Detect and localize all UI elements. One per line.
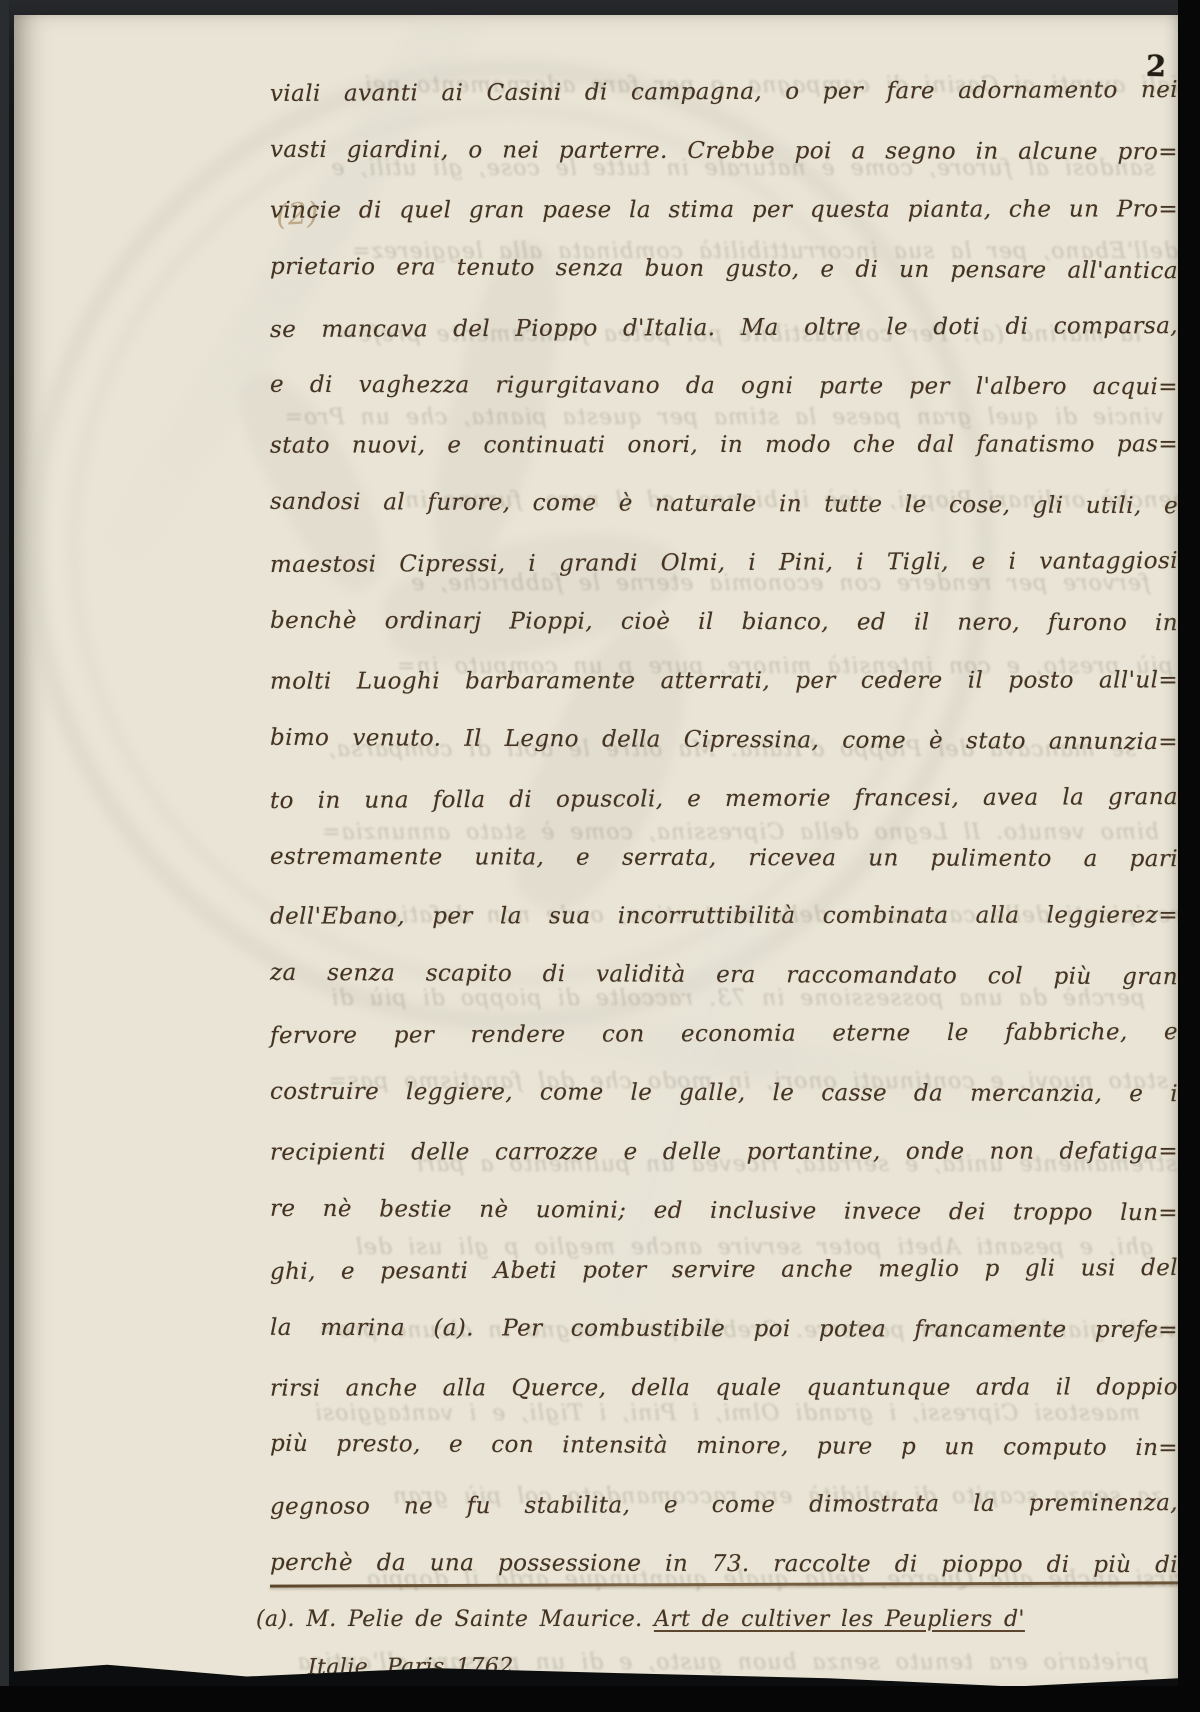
manuscript-line: sandosi al furore, come è naturale in tu…: [270, 473, 1178, 536]
manuscript-line: rirsi anche alla Querce, della quale qua…: [270, 1358, 1178, 1418]
manuscript-line: recipienti delle carrozze e delle portan…: [270, 1122, 1178, 1182]
manuscript-line: più presto, e con intensità minore, pure…: [270, 1415, 1178, 1478]
footnote-line-2: Italie. Paris 1762.: [256, 1641, 1186, 1692]
manuscript-line: stato nuovi, e continuati onori, in modo…: [270, 416, 1178, 476]
footnote: (a). M. Pelie de Sainte Maurice. Art de …: [256, 1597, 1186, 1689]
manuscript-line: re nè bestie nè uomini; ed inclusive inv…: [270, 1180, 1178, 1243]
manuscript-line: maestosi Cipressi, i grandi Olmi, i Pini…: [270, 532, 1178, 595]
manuscript-line: vasti giardini, o nei parterre. Crebbe p…: [270, 121, 1178, 182]
manuscript-line: za senza scapito di validità era raccoma…: [270, 944, 1178, 1007]
scan-border-bottom: [0, 1686, 1200, 1712]
manuscript-line: gegnoso ne fu stabilita, e come dimostra…: [270, 1474, 1178, 1537]
manuscript-line: e di vaghezza rigurgitavano da ogni part…: [270, 356, 1178, 417]
footnote-tail: . Paris 1762.: [368, 1654, 521, 1680]
manuscript-line: molti Luoghi barbaramente atterrati, per…: [270, 651, 1178, 711]
manuscript-line: ghi, e pesanti Abeti poter servire anche…: [270, 1239, 1178, 1302]
manuscript-line: bimo venuto. Il Legno della Cipressina, …: [270, 709, 1178, 772]
manuscript-line: se mancava del Pioppo d'Italia. Ma oltre…: [270, 297, 1178, 360]
manuscript-line: costruire leggiere, come le galle, le ca…: [270, 1063, 1178, 1124]
manuscript-line: la marina (a). Per combustibile poi pote…: [270, 1299, 1178, 1360]
scan-border-right: [1178, 0, 1200, 1712]
manuscript-line: estremamente unita, e serrata, ricevea u…: [270, 827, 1178, 888]
manuscript-paper: viali avanti ai Casini di campagna, o pe…: [14, 15, 1178, 1695]
manuscript-line: vincie di quel gran paese la stima per q…: [270, 180, 1178, 240]
scan-border-left: [0, 0, 9, 1712]
footnote-line-1: (a). M. Pelie de Sainte Maurice. Art de …: [256, 1597, 1186, 1643]
manuscript-line: benchè ordinarj Pioppi, cioè il bianco, …: [270, 592, 1178, 653]
footnote-title-underlined: Art de cultiver les Peupliers d': [654, 1607, 1025, 1632]
footnote-place-underlined: Italie: [308, 1655, 368, 1680]
scanned-manuscript-page: viali avanti ai Casini di campagna, o pe…: [0, 0, 1200, 1712]
manuscript-line: viali avanti ai Casini di campagna, o pe…: [270, 61, 1178, 124]
manuscript-line: to in una folla di opuscoli, e memorie f…: [270, 768, 1178, 831]
manuscript-line: fervore per rendere con economia eterne …: [270, 1003, 1178, 1066]
manuscript-line: prietario era tenuto senza buon gusto, e…: [270, 237, 1178, 300]
manuscript-line: dell'Ebano, per la sua incorruttibilità …: [270, 887, 1178, 947]
manuscript-text-block: viali avanti ai Casini di campagna, o pe…: [270, 63, 1178, 1594]
footnote-lead: (a). M. Pelie de Sainte Maurice.: [256, 1607, 654, 1632]
